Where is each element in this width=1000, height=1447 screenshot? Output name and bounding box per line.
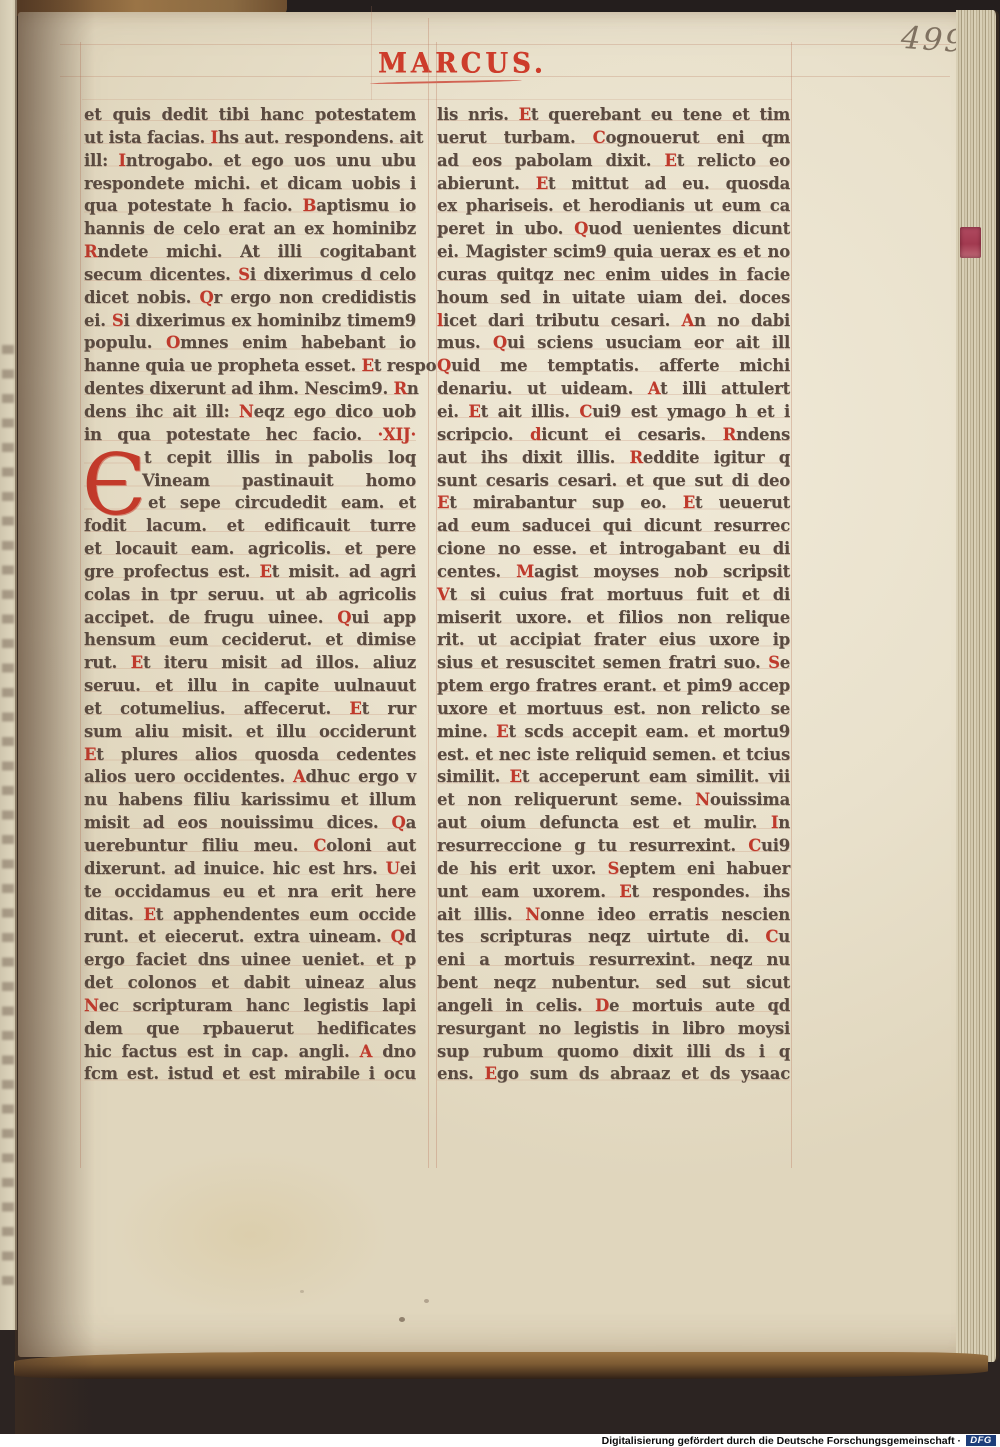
rubric-text: C — [313, 836, 326, 855]
text-run: t ueuerut — [695, 493, 790, 512]
text-run: rut. — [84, 653, 131, 672]
text-run: hs aut. respondens. ait — [218, 128, 423, 147]
rubric-text: A — [293, 767, 306, 786]
text-run: dentes dixerunt ad ihm. Nescim9. — [84, 379, 393, 398]
bookmark-tab — [960, 227, 981, 258]
manuscript-line: runt. et eiecerut. extra uineam. Qd — [84, 926, 416, 949]
text-run: ptem ergo fratres erant. et pim9 accep — [437, 676, 790, 695]
manuscript-line: te occidamus eu et nra erit here — [84, 881, 416, 904]
manuscript-line: secum dicentes. Si dixerimus d celo — [84, 264, 416, 287]
manuscript-line: seruu. et illu in capite uulnauut — [84, 675, 416, 698]
manuscript-line: et non reliquerunt seme. Nouissima — [437, 789, 790, 812]
text-run: fcm est. istud et est mirabile i ocu — [84, 1064, 416, 1083]
parchment-stain — [110, 1150, 390, 1320]
manuscript-line: det colonos et dabit uineaz alus — [84, 972, 416, 995]
text-run: mine. — [437, 722, 496, 741]
text-run: ei — [400, 859, 416, 878]
text-run: r ergo non credidistis — [214, 288, 416, 307]
text-run: t ait illis. — [481, 402, 580, 421]
manuscript-line: sius et resuscitet semen fratri suo. Se — [437, 652, 790, 675]
rubric-text: E — [84, 745, 96, 764]
manuscript-line: ptem ergo fratres erant. et pim9 accep — [437, 675, 790, 698]
text-run: a — [406, 813, 416, 832]
text-column-right: lis nris. Et querebant eu tene et timuer… — [437, 104, 790, 1086]
text-run: eni a mortuis resurrexint. neqz nu — [437, 950, 790, 969]
text-run: seruu. et illu in capite uulnauut — [84, 676, 416, 695]
manuscript-line: miserit uxore. et filios non relique — [437, 607, 790, 630]
text-run: oloni aut — [326, 836, 416, 855]
text-run: hic factus est in cap. angli. — [84, 1042, 360, 1061]
text-run: i dixerimus ex hominibz timem9 — [124, 311, 417, 330]
ruling-line — [428, 18, 429, 1168]
manuscript-line: nu habens filiu karissimu et illum — [84, 789, 416, 812]
manuscript-line: resurgant no legistis in libro moysi — [437, 1018, 790, 1041]
text-run: unt eam uxorem. — [437, 882, 619, 901]
manuscript-line: mus. Qui sciens usuciam eor ait ill — [437, 332, 790, 355]
rubric-text: U — [386, 859, 400, 878]
text-run: uxore et mortuus est. non relicto se — [437, 699, 790, 718]
rubric-text: Q — [337, 608, 351, 627]
manuscript-line: uxore et mortuus est. non relicto se — [437, 698, 790, 721]
text-run: mus. — [437, 333, 493, 352]
text-run: t cepit illis in pabolis loq — [144, 448, 416, 467]
rubric-text: C — [593, 128, 606, 147]
text-run: sius et resuscitet semen fratri suo. — [437, 653, 768, 672]
rubric-text: S — [112, 311, 124, 330]
text-column-left: et quis dedit tibi hanc potestatemut ist… — [84, 104, 416, 1086]
text-run: t illi attulert — [660, 379, 790, 398]
text-run: peret in ubo. — [437, 219, 574, 238]
manuscript-line: abierunt. Et mittut ad eu. quosda — [437, 173, 790, 196]
text-run: icunt ei cesaris. — [541, 425, 722, 444]
rubric-text: C — [579, 402, 592, 421]
text-run: t apphendentes eum occide — [156, 905, 416, 924]
manuscript-line: tes scripturas neqz uirtute di. Cu — [437, 926, 790, 949]
text-run: agist moyses nob scripsit — [534, 562, 790, 581]
rubric-text: E — [437, 493, 449, 512]
manuscript-line: rut. Et iteru misit ad illos. aliuz — [84, 652, 416, 675]
rubric-text: Q — [391, 927, 405, 946]
parchment-speck — [300, 1290, 304, 1293]
rubric-text: E — [131, 653, 143, 672]
text-run: curas quitqz nec enim uides in facie — [437, 265, 790, 284]
rubric-text: I — [118, 151, 125, 170]
manuscript-line: colas in tpr seruu. ut ab agricolis — [84, 584, 416, 607]
rubric-text: ·XIJ· — [377, 425, 416, 444]
text-run: angeli in celis. — [437, 996, 595, 1015]
rubric-text: Q — [392, 813, 406, 832]
manuscript-line: houm sed in uitate uiam dei. doces — [437, 287, 790, 310]
text-run: nu habens filiu karissimu et illum — [84, 790, 416, 809]
text-run: tes scripturas neqz uirtute di. — [437, 927, 765, 946]
text-run: d — [405, 927, 416, 946]
text-run: qua potestate h facio. — [84, 196, 303, 215]
rubric-text: E — [485, 1064, 497, 1083]
text-run: et non reliquerunt seme. — [437, 790, 695, 809]
text-run: e mortuis aute qd — [609, 996, 790, 1015]
text-run: hanne quia ue propheta esset. — [84, 356, 362, 375]
text-run: ei. — [84, 311, 112, 330]
manuscript-line: ei. Si dixerimus ex hominibz timem9 — [84, 310, 416, 333]
text-run: t respondes. ihs — [632, 882, 790, 901]
text-run: sum aliu misit. et illu occiderunt — [84, 722, 416, 741]
manuscript-line: sup rubum quomo dixit illi ds i q — [437, 1041, 790, 1064]
text-run: e — [780, 653, 790, 672]
text-run: est. et nec iste reliquid semen. et tciu… — [437, 745, 790, 764]
text-run: ndete michi. At illi cogitabant — [97, 242, 416, 261]
manuscript-line: alios uero occidentes. Adhuc ergo v — [84, 766, 416, 789]
manuscript-line: Quid me temptatis. afferte michi — [437, 355, 790, 378]
text-run: uod uenientes dicunt — [588, 219, 790, 238]
rubric-text: C — [765, 927, 778, 946]
rubric-text: E — [519, 105, 531, 124]
rubric-text: A — [682, 311, 695, 330]
text-run: resurgant no legistis in libro moysi — [437, 1019, 790, 1038]
text-run: mnes enim habebant io — [180, 333, 416, 352]
rubric-text: E — [664, 151, 676, 170]
manuscript-line: similit. Et acceperunt eam similit. vii — [437, 766, 790, 789]
manuscript-line: ad eum saducei qui dicunt resurrec — [437, 515, 790, 538]
manuscript-photo: MARCUS. 499 et quis dedit tibi hanc pote… — [0, 0, 1000, 1447]
manuscript-line: hic factus est in cap. angli. A dno — [84, 1041, 416, 1064]
text-run: sunt cesaris cesari. et que sut di deo — [437, 471, 790, 490]
text-run: colas in tpr seruu. ut ab agricolis — [84, 585, 416, 604]
rubric-text: Q — [574, 219, 588, 238]
text-run: uerut turbam. — [437, 128, 593, 147]
manuscript-line: licet dari tributu cesari. An no dabi — [437, 310, 790, 333]
manuscript-line: dicet nobis. Qr ergo non credidistis — [84, 287, 416, 310]
text-run: et sepe circudedit eam. et — [148, 493, 416, 512]
text-run: uid me temptatis. afferte michi — [451, 356, 790, 375]
text-run: t acceperunt eam similit. vii — [522, 767, 790, 786]
text-run: t misit. ad agri — [272, 562, 416, 581]
text-run: det colonos et dabit uineaz alus — [84, 973, 416, 992]
manuscript-line: ei. Et ait illis. Cui9 est ymago h et i — [437, 401, 790, 424]
text-run: ditas. — [84, 905, 143, 924]
manuscript-line: qua potestate h facio. Baptismu io — [84, 195, 416, 218]
manuscript-line: et locauit eam. agricolis. et pere — [84, 538, 416, 561]
manuscript-line: ad eos pabolam dixit. Et relicto eo — [437, 150, 790, 173]
text-run: ut ista facias. — [84, 128, 211, 147]
manuscript-line: unt eam uxorem. Et respondes. ihs — [437, 881, 790, 904]
text-run: t querebant eu tene et tim — [531, 105, 790, 124]
text-run: t si cuius frat mortuus fuit et di — [450, 585, 790, 604]
ruling-line — [60, 76, 950, 77]
text-run: misit ad eos nouissimu dices. — [84, 813, 392, 832]
manuscript-line: gre profectus est. Et misit. ad agri — [84, 561, 416, 584]
manuscript-line: respondete michi. et dicam uobis i — [84, 173, 416, 196]
text-run: Vineam pastinauit homo — [142, 471, 416, 490]
text-run: dem que rpbauerut hedificates — [84, 1019, 416, 1038]
text-run: respondete michi. et dicam uobis i — [84, 174, 416, 193]
text-run: aut ihs dixit illis. — [437, 448, 629, 467]
text-run: uerebuntur filiu meu. — [84, 836, 313, 855]
manuscript-line: hanne quia ue propheta esset. Et respo — [84, 355, 416, 378]
facing-page-text-marks — [2, 345, 14, 1290]
rubric-text: E — [683, 493, 695, 512]
text-run: ui app — [351, 608, 416, 627]
text-run: t respo — [374, 356, 437, 375]
manuscript-line: bent neqz nubentur. sed sut sicut — [437, 972, 790, 995]
text-run: et quis dedit tibi hanc potestatem — [84, 105, 416, 124]
manuscript-line: sunt cesaris cesari. et que sut di deo — [437, 470, 790, 493]
manuscript-line: ergo faciet dns uinee ueniet. et p — [84, 949, 416, 972]
rubric-text: V — [437, 585, 450, 604]
text-run: lis nris. — [437, 105, 519, 124]
rubric-text: Q — [493, 333, 507, 352]
rubric-text: A — [648, 379, 660, 398]
text-run: eddite igitur q — [643, 448, 790, 467]
manuscript-line: aut oium defuncta est et mulir. In — [437, 812, 790, 835]
text-run: rit. ut accipiat frater eius uxore ip — [437, 630, 790, 649]
credit-text: Digitalisierung gefördert durch die Deut… — [602, 1435, 961, 1447]
manuscript-line: dens ihc ait ill: Neqz ego dico uob — [84, 401, 416, 424]
text-run: scripcio. — [437, 425, 530, 444]
text-run: resurreccione g tu resurrexint. — [437, 836, 748, 855]
text-run: t rur — [362, 699, 416, 718]
text-run: eptem eni habuer — [619, 859, 790, 878]
text-run: dens ihc ait ill: — [84, 402, 239, 421]
text-run: ui9 est ymago h et i — [592, 402, 790, 421]
text-run: icet dari tributu cesari. — [443, 311, 681, 330]
rubric-text: E — [468, 402, 480, 421]
manuscript-line: resurreccione g tu resurrexint. Cui9 — [437, 835, 790, 858]
text-run: de his erit uxor. — [437, 859, 608, 878]
text-run: et cotumelius. affecerut. — [84, 699, 349, 718]
manuscript-line: Rndete michi. At illi cogitabant — [84, 241, 416, 264]
manuscript-line: peret in ubo. Quod uenientes dicunt — [437, 218, 790, 241]
text-run: t plures alios quosda cedentes — [96, 745, 416, 764]
text-run: houm sed in uitate uiam dei. doces — [437, 288, 790, 307]
manuscript-line: accipet. de frugu uinee. Qui app — [84, 607, 416, 630]
manuscript-line: Vt si cuius frat mortuus fuit et di — [437, 584, 790, 607]
manuscript-line: misit ad eos nouissimu dices. Qa — [84, 812, 416, 835]
text-run: ill: — [84, 151, 118, 170]
text-run: ex phariseis. et herodianis ut eum ca — [437, 196, 790, 215]
text-run: miserit uxore. et filios non relique — [437, 608, 790, 627]
rubric-text: E — [536, 174, 548, 193]
manuscript-line: de his erit uxor. Septem eni habuer — [437, 858, 790, 881]
manuscript-line: ex phariseis. et herodianis ut eum ca — [437, 195, 790, 218]
text-run: ens. — [437, 1064, 485, 1083]
text-run: abierunt. — [437, 174, 536, 193]
text-run: n — [407, 379, 419, 398]
manuscript-line: cione no esse. et introgabant eu di — [437, 538, 790, 561]
text-run: i dixerimus d celo — [250, 265, 416, 284]
text-run: bent neqz nubentur. sed sut sicut — [437, 973, 790, 992]
text-run: et locauit eam. agricolis. et pere — [84, 539, 416, 558]
drop-cap-initial-E: Є — [82, 443, 144, 529]
text-run: ei. Magister scim9 quia uerax es et no — [437, 242, 790, 261]
manuscript-line: dentes dixerunt ad ihm. Nescim9. Rn — [84, 378, 416, 401]
rubric-text: A — [360, 1042, 373, 1061]
manuscript-line: ditas. Et apphendentes eum occide — [84, 904, 416, 927]
text-run: secum dicentes. — [84, 265, 238, 284]
rubric-text: E — [259, 562, 271, 581]
manuscript-line: ei. Magister scim9 quia uerax es et no — [437, 241, 790, 264]
text-run: dhuc ergo v — [306, 767, 416, 786]
text-run: ouissima — [710, 790, 790, 809]
rubric-text: D — [595, 996, 609, 1015]
rubric-text: Q — [199, 288, 213, 307]
text-run: ui9 — [761, 836, 790, 855]
manuscript-line: curas quitqz nec enim uides in facie — [437, 264, 790, 287]
text-run: sup rubum quomo dixit illi ds i q — [437, 1042, 790, 1061]
manuscript-line: Nec scripturam hanc legistis lapi — [84, 995, 416, 1018]
text-run: hannis de celo erat an ex hominibz — [84, 219, 416, 238]
manuscript-line: et quis dedit tibi hanc potestatem — [84, 104, 416, 127]
rubric-text: Q — [437, 356, 451, 375]
text-run: t scds accepit eam. et mortu9 — [508, 722, 790, 741]
rubric-text: N — [695, 790, 710, 809]
rubric-text: R — [723, 425, 736, 444]
manuscript-line: lis nris. Et querebant eu tene et tim — [437, 104, 790, 127]
ruling-line — [371, 6, 372, 100]
manuscript-line: populu. Omnes enim habebant io — [84, 332, 416, 355]
text-run: gre profectus est. — [84, 562, 259, 581]
rubric-text: E — [619, 882, 631, 901]
ruling-line — [82, 99, 792, 100]
manuscript-line: Et mirabantur sup eo. Et ueuerut — [437, 492, 790, 515]
manuscript-line: ait illis. Nonne ideo erratis nescien — [437, 904, 790, 927]
page-edge-stack — [956, 10, 999, 1362]
rubric-text: E — [349, 699, 361, 718]
text-run: ndens — [736, 425, 790, 444]
text-run: t mirabantur sup eo. — [449, 493, 682, 512]
text-run: dicet nobis. — [84, 288, 199, 307]
rubric-text: R — [393, 379, 406, 398]
rubric-text: E — [362, 356, 374, 375]
text-run: ntrogabo. et ego uos unu ubu — [126, 151, 416, 170]
manuscript-line: fcm est. istud et est mirabile i ocu — [84, 1063, 416, 1086]
dfg-logo: DFG — [966, 1435, 996, 1446]
manuscript-line: dixerunt. ad inuice. hic est hrs. Uei — [84, 858, 416, 881]
text-run: aut oium defuncta est et mulir. — [437, 813, 771, 832]
rubric-text: O — [166, 333, 180, 352]
text-run: alios uero occidentes. — [84, 767, 293, 786]
manuscript-line: uerebuntur filiu meu. Coloni aut — [84, 835, 416, 858]
text-run: go sum ds abraaz et ds ysaac — [497, 1064, 790, 1083]
text-run: ec scripturam hanc legistis lapi — [99, 996, 416, 1015]
ruling-line — [80, 42, 81, 1168]
text-run: populu. — [84, 333, 166, 352]
manuscript-line: ens. Ego sum ds abraaz et ds ysaac — [437, 1063, 790, 1086]
manuscript-line: eni a mortuis resurrexint. neqz nu — [437, 949, 790, 972]
text-run: n — [778, 813, 790, 832]
rubric-text: d — [530, 425, 541, 444]
parchment-speck — [399, 1317, 405, 1322]
text-run: t iteru misit ad illos. aliuz — [143, 653, 416, 672]
rubric-text: C — [748, 836, 761, 855]
text-run: ei. — [437, 402, 468, 421]
parchment-speck — [424, 1299, 429, 1303]
manuscript-line: mine. Et scds accepit eam. et mortu9 — [437, 721, 790, 744]
text-run: accipet. de frugu uinee. — [84, 608, 337, 627]
manuscript-line: centes. Magist moyses nob scripsit — [437, 561, 790, 584]
rubric-text: S — [238, 265, 250, 284]
text-run: runt. et eiecerut. extra uineam. — [84, 927, 391, 946]
rubric-text: N — [525, 905, 540, 924]
rubric-text: R — [84, 242, 97, 261]
rubric-text: I — [211, 128, 218, 147]
rubric-text: S — [768, 653, 780, 672]
manuscript-line: aut ihs dixit illis. Reddite igitur q — [437, 447, 790, 470]
text-run: similit. — [437, 767, 510, 786]
rubric-text: N — [239, 402, 254, 421]
text-run: ui sciens usuciam eor ait ill — [507, 333, 790, 352]
manuscript-line: uerut turbam. Cognouerut eni qm — [437, 127, 790, 150]
manuscript-line: hannis de celo erat an ex hominibz — [84, 218, 416, 241]
rubric-text: E — [496, 722, 508, 741]
digitization-credit-bar: Digitalisierung gefördert durch die Deut… — [0, 1434, 1000, 1447]
rubric-text: M — [516, 562, 534, 581]
rubric-text: E — [143, 905, 155, 924]
manuscript-line: denariu. ut uideam. At illi attulert — [437, 378, 790, 401]
text-run: ait illis. — [437, 905, 525, 924]
manuscript-line: angeli in celis. De mortuis aute qd — [437, 995, 790, 1018]
rubric-text: R — [629, 448, 642, 467]
manuscript-line: et cotumelius. affecerut. Et rur — [84, 698, 416, 721]
rubric-text: E — [510, 767, 522, 786]
manuscript-line: scripcio. dicunt ei cesaris. Rndens — [437, 424, 790, 447]
text-run: t relicto eo — [677, 151, 790, 170]
text-run: ognouerut eni qm — [605, 128, 790, 147]
text-run: u — [778, 927, 790, 946]
manuscript-line: rit. ut accipiat frater eius uxore ip — [437, 629, 790, 652]
manuscript-line: dem que rpbauerut hedificates — [84, 1018, 416, 1041]
text-run: ergo faciet dns uinee ueniet. et p — [84, 950, 416, 969]
book-bottom-edge — [14, 1352, 988, 1379]
text-run: centes. — [437, 562, 516, 581]
text-run: te occidamus eu et nra erit here — [84, 882, 416, 901]
rubric-text: B — [303, 196, 317, 215]
manuscript-line: est. et nec iste reliquid semen. et tciu… — [437, 744, 790, 767]
rubric-text: S — [608, 859, 620, 878]
text-run: denariu. ut uideam. — [437, 379, 648, 398]
ruling-line — [60, 44, 950, 45]
text-run: ad eos pabolam dixit. — [437, 151, 664, 170]
text-run: cione no esse. et introgabant eu di — [437, 539, 790, 558]
ruling-line — [791, 42, 792, 1168]
text-run: n no dabi — [694, 311, 790, 330]
manuscript-line: sum aliu misit. et illu occiderunt — [84, 721, 416, 744]
manuscript-line: ut ista facias. Ihs aut. respondens. ait — [84, 127, 416, 150]
manuscript-line: ill: Introgabo. et ego uos unu ubu — [84, 150, 416, 173]
text-run: ad eum saducei qui dicunt resurrec — [437, 516, 790, 535]
rubric-text: N — [84, 996, 99, 1015]
text-run: eqz ego dico uob — [254, 402, 416, 421]
text-run: aptismu io — [316, 196, 416, 215]
text-run: hensum eum ceciderut. et dimise — [84, 630, 416, 649]
manuscript-line: hensum eum ceciderut. et dimise — [84, 629, 416, 652]
text-run: dixerunt. ad inuice. hic est hrs. — [84, 859, 386, 878]
text-run: onne ideo erratis nescien — [540, 905, 790, 924]
text-run: dno — [372, 1042, 416, 1061]
manuscript-line: Et plures alios quosda cedentes — [84, 744, 416, 767]
text-run: t mittut ad eu. quosda — [548, 174, 790, 193]
